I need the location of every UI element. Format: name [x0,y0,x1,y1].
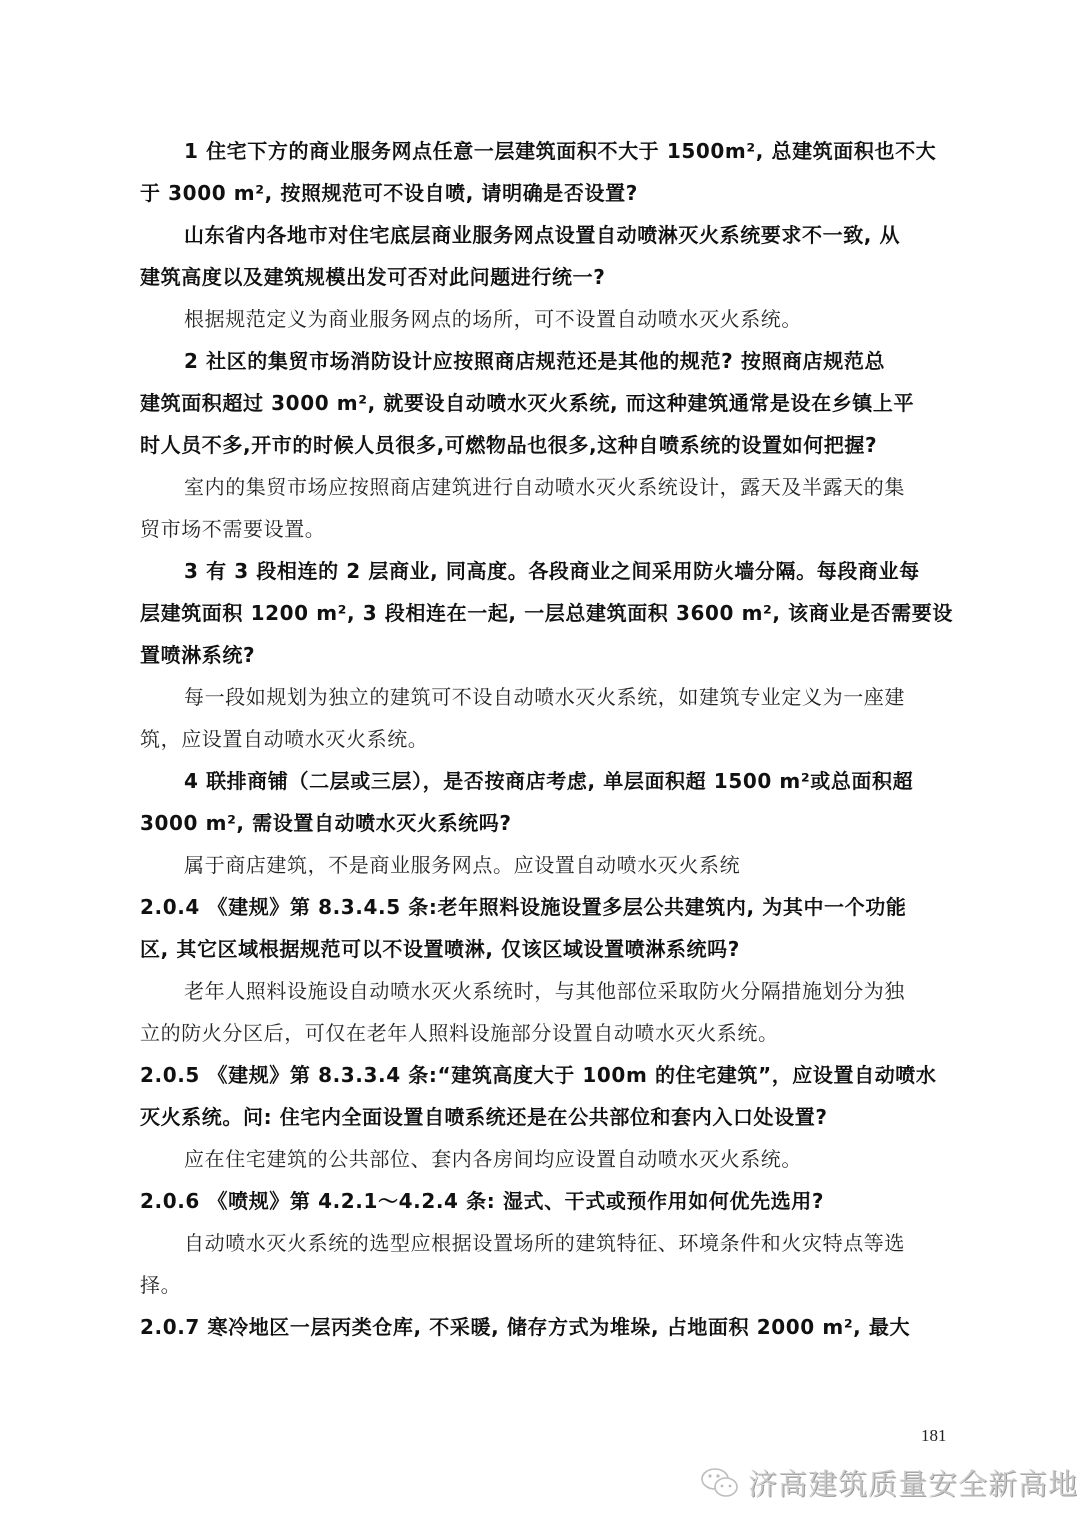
question-line: 4 联排商铺（二层或三层），是否按商店考虑, 单层面积超 1500 m²或总面积… [184,760,913,802]
section-heading: 2.0.7 寒冷地区一层丙类仓库, 不采暖, 储存方式为堆垛, 占地面积 200… [140,1306,910,1348]
page-number: 181 [921,1426,947,1446]
question-line: 1 住宅下方的商业服务网点任意一层建筑面积不大于 1500m², 总建筑面积也不… [184,130,936,172]
answer-line: 每一段如规划为独立的建筑可不设自动喷水灭火系统，如建筑专业定义为一座建 [184,676,905,718]
question-line: 时人员不多,开市的时候人员很多,可燃物品也很多,这种自喷系统的设置如何把握? [140,424,877,466]
answer-line: 室内的集贸市场应按照商店建筑进行自动喷水灭火系统设计，露天及半露天的集 [184,466,905,508]
question-line: 于 3000 m², 按照规范可不设自喷, 请明确是否设置? [140,172,638,214]
answer-line: 根据规范定义为商业服务网点的场所，可不设置自动喷水灭火系统。 [184,298,802,340]
answer-line: 老年人照料设施设自动喷水灭火系统时，与其他部位采取防火分隔措施划分为独 [184,970,905,1012]
section-heading: 2.0.4 《建规》第 8.3.4.5 条:老年照料设施设置多层公共建筑内, 为… [140,886,906,928]
watermark-text: 济高建筑质量安全新高地 [748,1462,1078,1503]
section-heading: 2.0.6 《喷规》第 4.2.1～4.2.4 条: 湿式、干式或预作用如何优先… [140,1180,824,1222]
question-line: 建筑高度以及建筑规模出发可否对此问题进行统一? [140,256,605,298]
answer-line: 应在住宅建筑的公共部位、套内各房间均应设置自动喷水灭火系统。 [184,1138,802,1180]
question-line: 山东省内各地市对住宅底层商业服务网点设置自动喷淋灭火系统要求不一致, 从 [184,214,900,256]
answer-line: 择。 [140,1264,181,1306]
question-line: 3000 m², 需设置自动喷水灭火系统吗? [140,802,512,844]
answer-line: 自动喷水灭火系统的选型应根据设置场所的建筑特征、环境条件和火灾特点等选 [184,1222,905,1264]
question-line: 3 有 3 段相连的 2 层商业, 同高度。各段商业之间采用防火墙分隔。每段商业… [184,550,920,592]
question-line: 置喷淋系统? [140,634,255,676]
wechat-icon [700,1467,740,1499]
question-line: 2 社区的集贸市场消防设计应按照商店规范还是其他的规范? 按照商店规范总 [184,340,885,382]
section-heading: 灭火系统。问: 住宅内全面设置自喷系统还是在公共部位和套内入口处设置? [140,1096,828,1138]
answer-line: 贸市场不需要设置。 [140,508,325,550]
question-line: 建筑面积超过 3000 m², 就要设自动喷水灭火系统, 而这种建筑通常是设在乡… [140,382,914,424]
watermark: 济高建筑质量安全新高地 [700,1462,1078,1503]
section-heading: 2.0.5 《建规》第 8.3.3.4 条:“建筑高度大于 100m 的住宅建筑… [140,1054,937,1096]
question-line: 层建筑面积 1200 m², 3 段相连在一起, 一层总建筑面积 3600 m²… [140,592,953,634]
answer-line: 筑，应设置自动喷水灭火系统。 [140,718,428,760]
answer-line: 属于商店建筑，不是商业服务网点。应设置自动喷水灭火系统 [184,844,740,886]
section-heading: 区, 其它区域根据规范可以不设置喷淋, 仅该区域设置喷淋系统吗? [140,928,740,970]
answer-line: 立的防火分区后，可仅在老年人照料设施部分设置自动喷水灭火系统。 [140,1012,779,1054]
